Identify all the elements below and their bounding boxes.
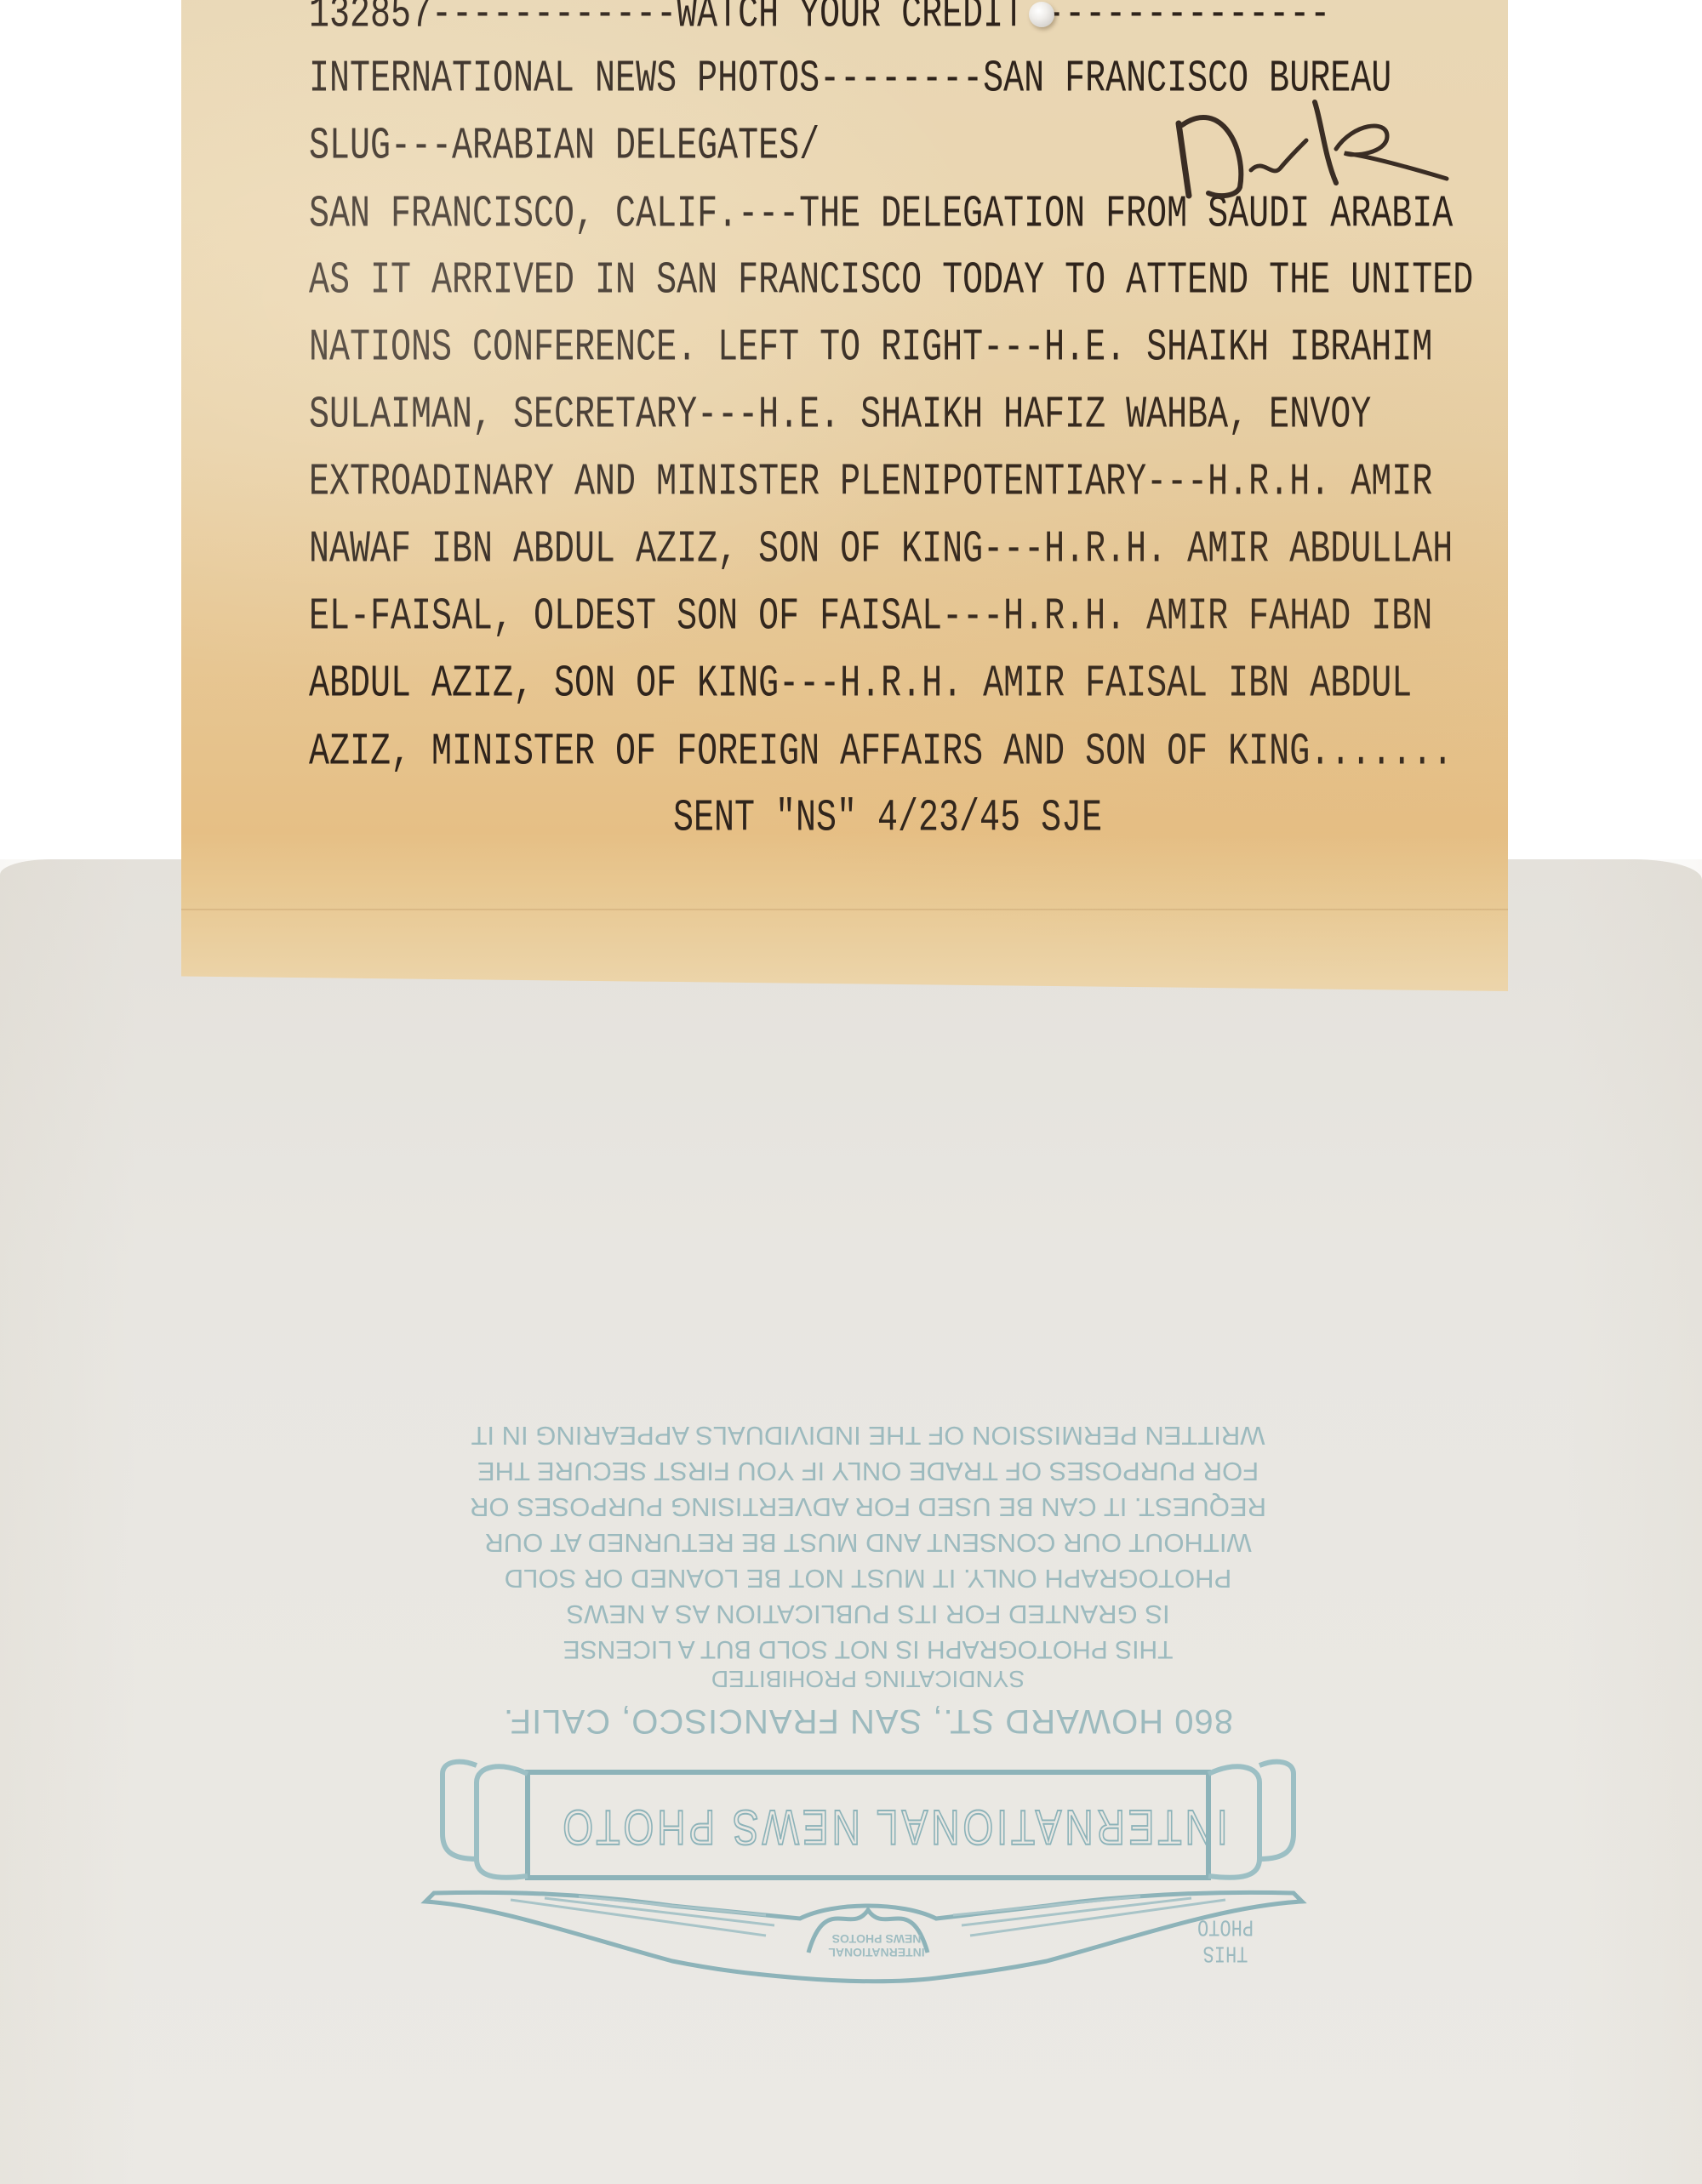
- fold-crease: [181, 909, 1508, 910]
- stamp-notice-line: IS GRANTED FOR ITS PUBLICATION AS A NEWS: [400, 1599, 1336, 1629]
- stamp-notice-line: FOR PURPOSES OF TRADE ONLY IF YOU FIRST …: [400, 1456, 1336, 1486]
- caption-line: NATIONS CONFERENCE. LEFT TO RIGHT---H.E.…: [309, 327, 1432, 372]
- stamp-notice-line: PHOTOGRAPH ONLY. IT MUST NOT BE LOANED O…: [400, 1563, 1336, 1594]
- banner-label: INTERNATIONAL NEWS PHOTO: [451, 1799, 1336, 1856]
- agency-rubber-stamp: INTERNATIONAL NEWS PHOTOS THIS PHOTO INT…: [400, 1366, 1336, 1978]
- caption-line: EXTROADINARY AND MINISTER PLENIPOTENTIAR…: [309, 461, 1432, 506]
- emblem-line: NEWS PHOTOS: [749, 1932, 1004, 1946]
- this-photo-label: THIS PHOTO: [1166, 1913, 1285, 1965]
- stamp-notice-line: THIS PHOTOGRAPH IS NOT SOLD BUT A LICENS…: [400, 1634, 1336, 1663]
- slug-line: SLUG---ARABIAN DELEGATES/: [309, 125, 820, 170]
- handwritten-signature-icon: Dele: [1170, 89, 1451, 200]
- caption-line: ABDUL AZIZ, SON OF KING---H.R.H. AMIR FA…: [309, 663, 1412, 708]
- this-photo-line: THIS: [1166, 1939, 1285, 1965]
- this-photo-line: PHOTO: [1166, 1913, 1285, 1939]
- stamp-address: 860 HOWARD ST., SAN FRANCISCO, CALIF.: [400, 1702, 1336, 1740]
- stamp-notice-line: REQUEST. IT CAN BE USED FOR ADVERTISING …: [400, 1491, 1336, 1522]
- sent-line: SENT "NS" 4/23/45 SJE: [673, 797, 1102, 842]
- emblem-line: INTERNATIONAL: [749, 1946, 1004, 1959]
- stamp-notice-line: SYNDICATING PROHIBITED: [400, 1665, 1336, 1692]
- emblem-label: INTERNATIONAL NEWS PHOTOS: [749, 1932, 1004, 1959]
- stamp-notice-line: WRITTEN PERMISSION OF THE INDIVIDUALS AP…: [400, 1420, 1336, 1451]
- caption-line: AS IT ARRIVED IN SAN FRANCISCO TODAY TO …: [309, 259, 1473, 305]
- caption-line: EL-FAISAL, OLDEST SON OF FAISAL---H.R.H.…: [309, 596, 1432, 641]
- header-line: 132857------------WATCH YOUR CREDIT-----…: [309, 0, 1330, 38]
- caption-line: AZIZ, MINISTER OF FOREIGN AFFAIRS AND SO…: [309, 731, 1453, 776]
- pearl-pin-icon: [1029, 2, 1054, 27]
- caption-line: NAWAF IBN ABDUL AZIZ, SON OF KING---H.R.…: [309, 528, 1453, 573]
- caption-line: SULAIMAN, SECRETARY---H.E. SHAIKH HAFIZ …: [309, 394, 1371, 439]
- stamp-notice-line: WITHOUT OUR CONSENT AND MUST BE RETURNED…: [400, 1527, 1336, 1558]
